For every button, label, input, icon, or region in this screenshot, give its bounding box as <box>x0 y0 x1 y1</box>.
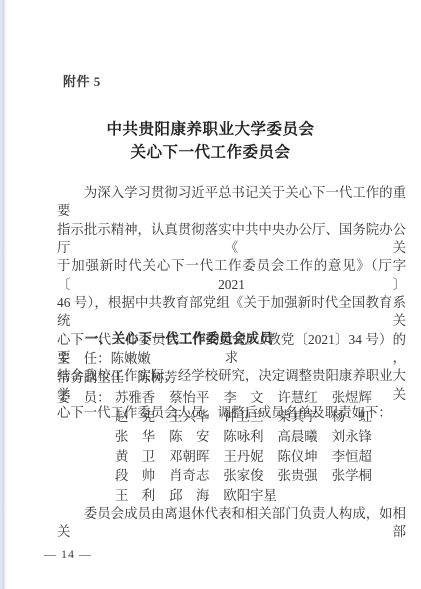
paragraph-line: 为深入学习贯彻习近平总书记关于关心下一代工作的重要 <box>57 184 406 221</box>
member-name: 张家俊 <box>223 466 263 486</box>
members-label: 委 员： <box>57 388 115 408</box>
member-row-indent <box>57 427 115 447</box>
vice-chair-name: 陈树芳 <box>137 370 177 385</box>
vice-chair-line: 常务副主任：陈树芳 <box>57 368 409 388</box>
vice-chair-label: 常务副主任： <box>57 370 137 385</box>
member-row: 黄 卫 邓朝晖 王丹妮 陈仪坤 李恒超 <box>57 447 409 467</box>
page-left-edge-shadow <box>0 0 7 589</box>
paragraph-line: 46 号），根据中共教育部党组《关于加强新时代全国教育系统关 <box>57 294 406 331</box>
chair-line: 主 任：陈嫩嫩 <box>57 349 409 369</box>
member-name: 张煜辉 <box>332 388 372 408</box>
member-name: 杨 虹 <box>332 407 372 427</box>
member-name: 李恒超 <box>332 447 372 467</box>
member-name: 高晨曦 <box>278 427 318 447</box>
member-name: 肖奇志 <box>169 466 209 486</box>
paragraph-line: 于加强新时代关心下一代工作委员会工作的意见》（厅字〔2021〕 <box>57 257 406 294</box>
member-name: 陈仪坤 <box>278 447 318 467</box>
member-row: 委 员： 苏雅香 蔡怡平 李 文 许慧红 张煜辉 <box>57 388 409 408</box>
member-name: 苏雅香 <box>115 388 155 408</box>
attachment-label: 附件 5 <box>63 71 101 90</box>
page-number: — 14 — <box>44 547 92 562</box>
member-name: 黄 卫 <box>115 447 155 467</box>
chair-label: 主 任： <box>57 351 111 366</box>
section-heading: 一、关心下一代工作委员会成员 <box>57 329 409 349</box>
member-name: 邓朝晖 <box>169 447 209 467</box>
document-title-line1: 中共贵阳康养职业大学委员会 <box>0 118 421 141</box>
scanned-document-page: 附件 5 中共贵阳康养职业大学委员会 关心下一代工作委员会 为深入学习贯彻习近平… <box>0 0 421 589</box>
document-title-line2: 关心下一代工作委员会 <box>0 141 421 164</box>
member-row-indent <box>57 447 115 467</box>
member-name: 张学桐 <box>332 466 372 486</box>
member-name: 段 帅 <box>115 466 155 486</box>
chair-name: 陈嫩嫩 <box>111 351 151 366</box>
document-title: 中共贵阳康养职业大学委员会 关心下一代工作委员会 <box>0 118 421 164</box>
member-name: 柴其宇 <box>278 407 318 427</box>
member-name: 王丹妮 <box>223 447 263 467</box>
member-name: 陈 安 <box>169 427 209 447</box>
member-name: 王兴华 <box>169 407 209 427</box>
member-row: 王 利 邱 海 欧阳宇星 <box>57 486 409 506</box>
member-name: 蔡怡平 <box>169 388 209 408</box>
member-name: 李 文 <box>223 388 263 408</box>
member-row-indent <box>57 466 115 486</box>
member-name: 许慧红 <box>278 388 318 408</box>
member-name: 邱 海 <box>169 486 209 506</box>
member-row-indent <box>57 486 115 506</box>
member-name: 赵 宪 <box>115 407 155 427</box>
paragraph-line: 指示批示精神，认真贯彻落实中共中央办公厅、国务院办公厅《关 <box>57 221 406 258</box>
roster-section: 一、关心下一代工作委员会成员 主 任：陈嫩嫩 常务副主任：陈树芳 委 员： 苏雅… <box>57 329 409 505</box>
member-name: 欧阳宇星 <box>223 486 277 506</box>
member-name: 钟卫兰 <box>223 407 263 427</box>
member-name: 陈咏利 <box>223 427 263 447</box>
member-name: 王 利 <box>115 486 155 506</box>
member-name: 张 华 <box>115 427 155 447</box>
member-row: 张 华 陈 安 陈咏利 高晨曦 刘永锋 <box>57 427 409 447</box>
member-row: 赵 宪 王兴华 钟卫兰 柴其宇 杨 虹 <box>57 407 409 427</box>
member-row: 段 帅 肖奇志 张家俊 张贵强 张学桐 <box>57 466 409 486</box>
member-row-indent <box>57 407 115 427</box>
member-name: 刘永锋 <box>332 427 372 447</box>
member-name: 张贵强 <box>278 466 318 486</box>
closing-paragraph-line: 委员会成员由离退休代表和相关部门负责人构成，如相关部 <box>57 505 406 542</box>
